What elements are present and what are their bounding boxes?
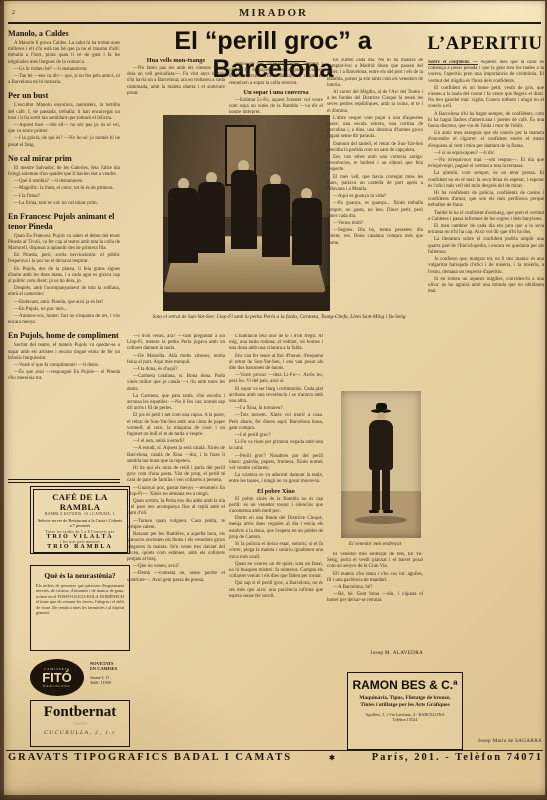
paragraph: Qui sap si el perill groc, a Barcelona, …: [229, 581, 323, 600]
paragraph: A Manolo li prova Caldes. La salut hi ha…: [8, 41, 120, 66]
paragraph: El pis és petit i net com una capsa. A l…: [127, 413, 225, 438]
article-title: Manolo, a Caldes: [8, 29, 120, 39]
paragraph: Al carrer del Migdia, al de l'Arc del Te…: [327, 90, 423, 115]
paragraph: venen de tot: collarets, perles, ventall…: [229, 62, 323, 87]
photo-vendor: [341, 391, 421, 538]
ad-neurastenia-body: Els milers de persones que pateixen d'es…: [36, 583, 124, 615]
column-b-part2: El pobre xinès de la Rambla no és cap pe…: [229, 497, 323, 600]
paragraph: —Estimat Li-Fu, aquest foraster vol veur…: [229, 98, 323, 114]
paragraph: Un amic meu assegura que els coneix per …: [428, 131, 544, 150]
paragraph: Li-Fu va riure per primera vegada amb to…: [229, 440, 323, 452]
middle-column-a-top: Hua vells mon-txange —No fareu pas res a…: [127, 57, 225, 113]
paragraph: Ens van rebre amb una cortesia antiga: r…: [327, 155, 423, 174]
article-signature-sagarra: Josep Maria de SAGARRA: [428, 738, 542, 744]
photo-figure: [292, 188, 322, 266]
photo-chinese-family: [163, 115, 330, 311]
paragraph: —Veneu molt?: [327, 221, 423, 227]
paragraph: —Us hi trobeu bé? —li demanàvem.: [8, 67, 120, 73]
middle-column-a-bottom: —I d'on veniu, ara? —vam preguntar a En …: [127, 334, 225, 754]
paragraph: A Barcelona n'hi ha hagut sempre, de con…: [428, 112, 544, 131]
paragraph: La criatura es va adormir damunt la taul…: [229, 473, 323, 485]
paragraph: Sortint del teatre, el mateix Pujols va …: [8, 343, 120, 362]
paragraph: —Magnífic: la llum, el color, tot hi és …: [8, 186, 120, 192]
paragraph: —I d'on veniu, ara? —vam preguntar a En …: [127, 334, 225, 353]
paragraph: —Vostè provar —deia Li-Fu—. Arròs bo, pe…: [229, 373, 323, 385]
paragraph: —Guanyar poc, gastar menys —resumeix En …: [127, 486, 225, 498]
paragraph: Dorm en una fonda del Districte Cinquè, …: [229, 516, 323, 541]
masthead-title: MIRADOR: [0, 7, 547, 19]
article-body: Quan En Francesc Pujols va saber el debu…: [8, 234, 120, 327]
ad-fito-logo: CAMISERIA FITÓ BARCELONA: [30, 659, 84, 696]
paragraph: La literatura sobre el confident podria …: [428, 237, 544, 256]
aperitiu-lead-in: Sobre el confident. —: [428, 60, 478, 65]
paragraph: —Perill groc? Nosaltres por del perill b…: [229, 454, 323, 473]
paragraph: En Pujols, des de la platea, li feia gra…: [8, 267, 120, 286]
paragraph: —Torneu quan vulgueu. Casa petita, te se…: [127, 519, 225, 531]
photo-figure: [262, 174, 290, 258]
footer-star-icon: ✱: [329, 752, 335, 762]
aperitiu-column-title: L’APERITIU: [426, 33, 544, 55]
article-pujols-pineda: En Francesc Pujols animant el tenor Pine…: [8, 212, 120, 326]
paragraph: El confident és un home petit, vestit de…: [428, 86, 544, 111]
photo-vendor-caption: El venedor més endreçat: [327, 541, 423, 548]
article-title: No cal mirar prim: [8, 154, 120, 164]
header-rule: [8, 22, 541, 24]
paragraph: Ens van fer seure al lloc d'honor, d'esq…: [229, 354, 323, 373]
ad-fontbernat: Fontbernat Sastre CUCURULLA, 2, 1.r: [30, 700, 130, 747]
ad-fito-text: NOVETATS EN CAMISES Jaume I, 11 Telèf. 1…: [90, 661, 130, 685]
footer-address-phone: París, 201. - Telèfon 74071: [372, 752, 543, 763]
photo-figure: [231, 160, 256, 250]
photo-vendor-man: [369, 403, 393, 513]
paragraph: La qüestió, com sempre, és no tenir pres…: [428, 171, 544, 190]
paragraph: —Carmeta catalana, sí. Bona dona. Parla …: [127, 374, 225, 393]
paragraph: —És que avui —respongué En Pujols— el Pi…: [8, 370, 120, 382]
vendor-shoes: [369, 510, 393, 513]
ad-cafe-title: CAFÈ DE LA RAMBLA: [34, 492, 127, 512]
paragraph: —I a Xina, hi tornareu?: [229, 406, 323, 412]
article-signature-alavedra: Josep M. ALAVEDRA: [327, 650, 423, 656]
ad-cafe-service: Selecte servei de Restaurant a la Carta …: [37, 518, 124, 529]
paragraph: La Carmeta, que para taula, s'ho escolta…: [127, 394, 225, 413]
article-per-un-bust: Per un bust L'escultor Manolo enyorava, …: [8, 91, 120, 148]
paragraph: Si en trobeu un aquests migdies, convide…: [428, 277, 544, 296]
paragraph: Damunt del taulell, el retrat de Sun-Yat…: [327, 142, 423, 154]
ad-neurastenia: Què és la neurastènia? Els milers de per…: [30, 565, 130, 651]
ad-fito-brand: FITÓ: [42, 671, 72, 684]
ad-fontbernat-address: CUCURULLA, 2, 1.r: [31, 730, 129, 736]
article-title: En Francesc Pujols animant el tenor Pine…: [8, 212, 120, 231]
paragraph: —De Marsella. Allà molts xinesos, molta …: [127, 354, 225, 366]
middle-column-b-bottom: L'habitació feia olor de te i d'oli freg…: [229, 334, 323, 754]
aperitiu-body: El confident és un home petit, vestit de…: [428, 86, 544, 296]
paragraph: El meu cambrer de cada dia em jura que a…: [428, 224, 544, 236]
vendor-legs: [372, 470, 390, 510]
middle-column-c-top: En surten cada dia. No hi ha manera de c…: [327, 58, 423, 388]
paragraph: Baixant per les Rambles, a aquella hora,…: [127, 532, 225, 563]
ad-fito-phone: Telèf. 11059: [90, 680, 130, 685]
paragraph: —I si us equivoqueu? —li dic.: [428, 151, 544, 157]
paragraph: —I el perill groc?: [229, 433, 323, 439]
article-title: Per un bust: [8, 91, 120, 101]
paragraph: En surten cada dia. No hi ha manera de c…: [327, 58, 423, 89]
subhead-el-pobre-xino: El pobre Xino: [229, 488, 323, 495]
aperitiu-column: Sobre el confident. — Aquests dies que l…: [428, 60, 544, 736]
subhead-hua-vells: Hua vells mon-txange: [127, 57, 225, 64]
paragraph: —Què li sembla? —li demanaven.: [8, 179, 120, 185]
aperitiu-lead-paragraph: Sobre el confident. — Aquests dies que l…: [428, 60, 544, 85]
paragraph: —Que no veneu, avui?: [127, 564, 225, 570]
paragraph: —Aquí es guanya la vida?: [327, 194, 423, 200]
photo-figure: [198, 172, 225, 254]
paragraph: Quan en veureu un de quiet, sota un fana…: [229, 562, 323, 581]
paragraph: El pobre xinès de la Rambla no és cap pe…: [229, 497, 323, 516]
paragraph: Ell mateix s'ho renta i s'ho cus tot: ag…: [327, 572, 423, 584]
paragraph: —Es guanya, es guanya... Xinès treballa …: [327, 201, 423, 220]
footer: GRAVATS TIPOGRAFICS BADAL I CAMATS ✱ Par…: [8, 752, 543, 763]
ad-cafe-trio-rambla: TRIO RAMBLA: [34, 544, 127, 550]
paragraph: També hi ha el confident d'estiueig, que…: [428, 211, 544, 223]
photo-figure: [168, 178, 198, 264]
paragraph: L'habitació feia olor de te i d'oli freg…: [229, 334, 323, 353]
middle-column-c-mid: El venedor més endreçat de tots, En Yu-S…: [327, 552, 423, 648]
paragraph: —No fareu pas res amb els xinesos —ens d…: [127, 66, 225, 97]
ad-cafe-address: RAMBLA ESTUDIS, 10 i CANUDA, 1: [34, 512, 127, 516]
article-pujols-compliment: En Pujols, home de compliment Sortint de…: [8, 331, 120, 382]
article-manolo-a-caldes: Manolo, a Caldes A Manolo li prova Calde…: [8, 29, 120, 86]
ad-cafe-inner-border: CAFÈ DE LA RAMBLA RAMBLA ESTUDIS, 10 i C…: [33, 489, 128, 553]
paragraph: En Pineda, però, sortia nerviosíssim: el…: [8, 253, 120, 265]
paragraph: —La firma, tant se val: no cal mirar pri…: [8, 201, 120, 207]
newspaper-page: 2 MIRADOR El “perill groc” a Barcelona L…: [0, 0, 547, 800]
ad-fontbernat-sastre: Sastre: [31, 721, 129, 727]
column-b-post: —Estimat Li-Fu, aquest foraster vol veur…: [229, 98, 323, 114]
paragraph: L'escultor Manolo enyorava, tanmateix, l…: [8, 103, 120, 122]
paragraph: —En Pujols, no puc més...: [8, 307, 120, 313]
paragraph: —Segons. Dia bo, trenta pessetes; dia do…: [327, 228, 423, 247]
paragraph: —No m'equivoco mai —em respon—. El dia q…: [428, 158, 544, 170]
paragraph: El mestre Salvador, de les Galeries, fei…: [8, 166, 120, 178]
paragraph: —Vostè sí que fa compliments! —li deien.: [8, 363, 120, 369]
ad-fito-camises: EN CAMISES: [90, 666, 130, 671]
ad-fontbernat-title: Fontbernat: [31, 704, 129, 721]
paragraph: —Bé, bé. Gent bona —diu, i s'ajusta el b…: [327, 592, 423, 604]
paragraph: El sopar va ser llarg i cerimoniós. Cada…: [229, 387, 323, 406]
paragraph: —I la gràcia, de qui és? —No ho sé: jo n…: [8, 136, 120, 148]
article-body: Sortint del teatre, el mateix Pujols va …: [8, 343, 120, 382]
article-title: En Pujols, home de compliment: [8, 331, 120, 341]
paragraph: —Animeu-vos, home: l'art no s'espanta de…: [8, 314, 120, 326]
article-body: A Manolo li prova Caldes. La salut hi ha…: [8, 41, 120, 86]
paragraph: Hi ha qui els mira de reüll i parla del …: [127, 466, 225, 485]
paragraph: —Aquest bust —diu ell— no sóc pas jo: és…: [8, 123, 120, 135]
footer-rule: [6, 750, 543, 751]
ad-fito-barcelona: BARCELONA: [43, 684, 70, 688]
paragraph: Hi ha confidents de policia, confidents …: [428, 191, 544, 210]
column-b-part1: L'habitació feia olor de te i d'oli freg…: [229, 334, 323, 486]
paragraph: L'altre vespre vam pujar a una d'aqueste…: [327, 116, 423, 141]
paragraph: Després, amb l'acompanyament de tota la …: [8, 286, 120, 298]
middle-column-b-top: venen de tot: collarets, perles, ventall…: [229, 62, 323, 114]
paragraph: —I el nen, anirà a estudi?: [127, 439, 225, 445]
paragraph: Si la policia el deixa estar, somriu; si…: [229, 542, 323, 561]
paragraph: El venedor més endreçat de tots, En Yu-S…: [327, 552, 423, 571]
subhead-un-sopar: Un sopar i una conversa: [229, 89, 323, 96]
paragraph: —A estudi, sí. Aquest ja serà català. Xi…: [127, 446, 225, 465]
paragraph: El més vell, que havia corregut totes le…: [327, 175, 423, 194]
vendor-coat: [369, 420, 393, 470]
column-a-top-body: —No fareu pas res amb els xinesos —ens d…: [127, 66, 225, 97]
article-body: El mestre Salvador, de les Galeries, fei…: [8, 166, 120, 207]
column-b-pre: venen de tot: collarets, perles, ventall…: [229, 62, 323, 87]
article-no-cal-mirar-prim: No cal mirar prim El mestre Salvador, de…: [8, 154, 120, 207]
paragraph: —Endavant, amic Pineda, que això ja és f…: [8, 300, 120, 306]
left-column: Manolo, a Caldes A Manolo li prova Calde…: [8, 29, 120, 477]
photo-vendor-shadow: [355, 516, 407, 524]
paragraph: —I la firma?: [8, 194, 120, 200]
footer-printer: GRAVATS TIPOGRAFICS BADAL I CAMATS: [8, 752, 292, 763]
ad-neurastenia-title: Què és la neurastènia?: [36, 571, 124, 580]
paragraph: Jo confesso que, malgrat tot, no li tinc…: [428, 257, 544, 276]
paragraph: Quan sortim, la Perla ens diu adéu amb l…: [127, 499, 225, 518]
paragraph: —Tots tornem. Xinès vol morir a casa. Pe…: [229, 413, 323, 432]
paragraph: Quan En Francesc Pujols va saber el debu…: [8, 234, 120, 253]
paragraph: —I la dona, és d'aquí?: [127, 367, 225, 373]
ad-cafe-rambla: CAFÈ DE LA RAMBLA RAMBLA ESTUDIS, 10 i C…: [30, 486, 130, 554]
paragraph: —A Barcelona, bé?: [327, 585, 423, 591]
paragraph: —Tan bé —ens va dir— que, si no fos pels…: [8, 74, 120, 86]
article-body: L'escultor Manolo enyorava, tanmateix, l…: [8, 103, 120, 148]
left-column-end-rule: [8, 479, 120, 483]
paragraph: —Demà —contesta un, sense perdre el somr…: [127, 571, 225, 583]
